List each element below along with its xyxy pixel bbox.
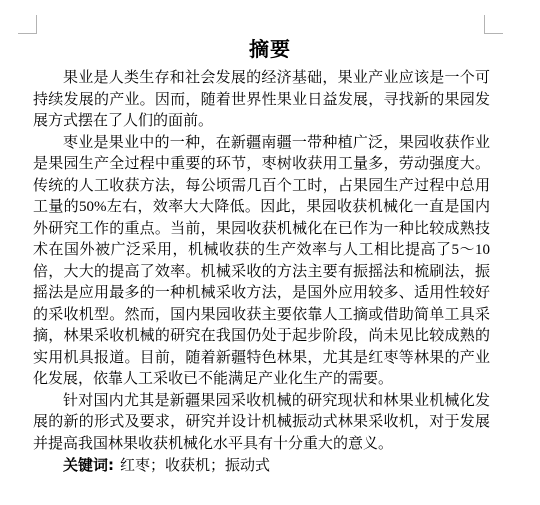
abstract-paragraph-3: 针对国内尤其是新疆果园采收机械的研究现状和林果业机械化发展的新的形式及要求，研究… xyxy=(33,391,490,456)
margin-crop-mark-top-left-icon xyxy=(18,15,37,34)
keywords-line: 关键词:红枣；收获机；振动式 xyxy=(33,455,490,478)
keywords-label: 关键词: xyxy=(63,456,114,474)
abstract-paragraph-1: 果业是人类生存和社会发展的经济基础，果业产业应该是一个可持续发展的产业。因而，随… xyxy=(33,68,490,133)
keywords-text: 红枣；收获机；振动式 xyxy=(120,458,270,474)
margin-crop-mark-top-right-icon xyxy=(484,15,503,34)
abstract-paragraph-2: 枣业是果业中的一种，在新疆南疆一带种植广泛，果园收获作业是果园生产全过程中重要的… xyxy=(33,133,490,391)
abstract-title: 摘要 xyxy=(0,33,540,62)
document-page: 摘要 果业是人类生存和社会发展的经济基础，果业产业应该是一个可持续发展的产业。因… xyxy=(0,0,540,505)
abstract-body: 果业是人类生存和社会发展的经济基础，果业产业应该是一个可持续发展的产业。因而，随… xyxy=(33,68,490,478)
